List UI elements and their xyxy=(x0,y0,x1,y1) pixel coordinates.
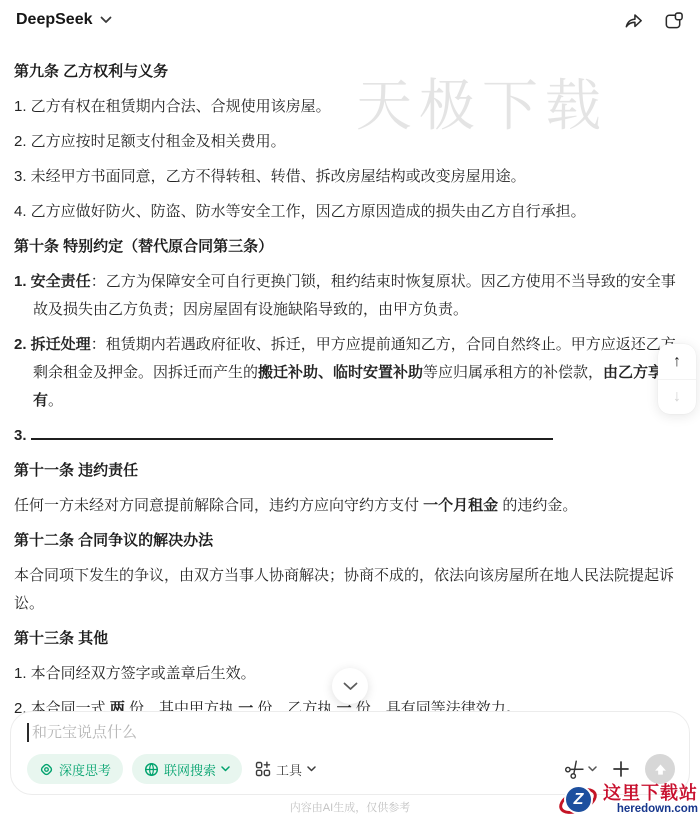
clause-heading: 第十条 特别约定（替代原合同第三条） xyxy=(14,233,686,261)
paragraph: 1. 安全责任：乙方为保障安全可自行更换门锁，租约结束时恢复原状。因乙方使用不当… xyxy=(14,268,686,324)
chat-input[interactable] xyxy=(32,724,675,741)
chevron-down-icon xyxy=(221,766,230,772)
arrow-down-icon: ↓ xyxy=(673,388,681,406)
clause-heading: 第十二条 合同争议的解决办法 xyxy=(14,527,686,555)
clause-heading: 第十一条 违约责任 xyxy=(14,457,686,485)
scissors-icon xyxy=(561,756,588,783)
site-watermark: Z 这里下载站 heredown.com xyxy=(559,781,698,819)
site-name: 这里下载站 xyxy=(603,784,698,803)
chevron-down-icon xyxy=(588,766,597,772)
app-header: DeepSeek xyxy=(0,0,700,40)
scroll-widget: ↑ ↓ xyxy=(658,344,696,414)
tools-button[interactable]: 工具 xyxy=(251,754,320,784)
tools-grid-icon xyxy=(255,761,271,777)
tools-label: 工具 xyxy=(276,760,302,779)
share-button[interactable] xyxy=(622,9,644,31)
new-chat-icon xyxy=(663,10,684,31)
text-cursor xyxy=(27,723,29,742)
paragraph: 任何一方未经对方同意提前解除合同，违约方应向守约方支付 一个月租金 的违约金。 xyxy=(14,492,686,520)
chevron-down-icon xyxy=(100,16,112,24)
arrow-up-icon: ↑ xyxy=(673,353,681,371)
globe-icon xyxy=(144,762,159,777)
scroll-to-bottom-button[interactable] xyxy=(332,668,368,704)
model-selector[interactable]: DeepSeek xyxy=(16,11,112,29)
plus-icon xyxy=(612,760,630,778)
scroll-down-button[interactable]: ↓ xyxy=(658,379,696,414)
deep-think-icon xyxy=(39,762,54,777)
paragraph: 2. 拆迁处理：租赁期内若遇政府征收、拆迁，甲方应提前通知乙方，合同自然终止。甲… xyxy=(14,331,686,415)
share-icon xyxy=(623,10,644,31)
scroll-up-button[interactable]: ↑ xyxy=(658,344,696,379)
model-name: DeepSeek xyxy=(16,11,93,29)
site-domain: heredown.com xyxy=(603,803,698,816)
add-attachment-button[interactable] xyxy=(612,760,630,778)
paragraph: 3. xyxy=(14,422,686,450)
chevron-down-icon xyxy=(307,766,316,772)
blank-underline xyxy=(31,427,553,440)
deep-think-label: 深度思考 xyxy=(59,760,111,779)
web-search-label: 联网搜索 xyxy=(164,760,216,779)
new-chat-button[interactable] xyxy=(662,9,684,31)
paragraph: 3. 未经甲方书面同意，乙方不得转租、转借、拆改房屋结构或改变房屋用途。 xyxy=(14,163,686,191)
paragraph: 1. 乙方有权在租赁期内合法、合规使用该房屋。 xyxy=(14,93,686,121)
clause-heading: 第九条 乙方权利与义务 xyxy=(14,58,686,86)
paragraph: 2. 乙方应按时足额支付租金及相关费用。 xyxy=(14,128,686,156)
logo-letter: Z xyxy=(564,785,593,814)
chevron-down-icon xyxy=(343,682,358,691)
send-button[interactable] xyxy=(645,754,675,784)
deep-think-button[interactable]: 深度思考 xyxy=(27,754,123,784)
arrow-up-send-icon xyxy=(653,762,668,777)
clause-heading: 第十三条 其他 xyxy=(14,625,686,653)
clip-button[interactable] xyxy=(565,760,597,779)
web-search-button[interactable]: 联网搜索 xyxy=(132,754,242,784)
paragraph: 4. 乙方应做好防火、防盗、防水等安全工作，因乙方原因造成的损失由乙方自行承担。 xyxy=(14,198,686,226)
paragraph: 本合同项下发生的争议，由双方当事人协商解决；协商不成的，依法向该房屋所在地人民法… xyxy=(14,562,686,618)
site-logo-icon: Z xyxy=(559,781,599,819)
